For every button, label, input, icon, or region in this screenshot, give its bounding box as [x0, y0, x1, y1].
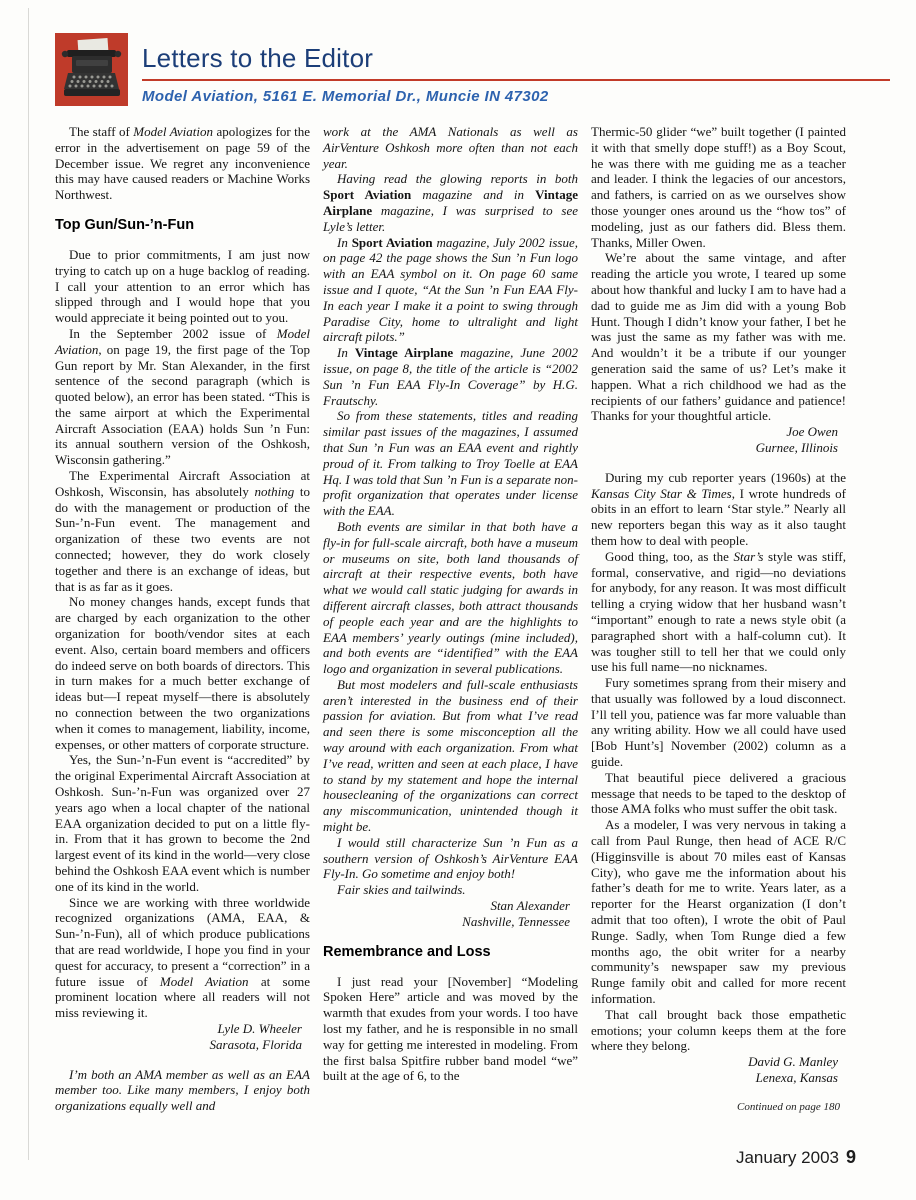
paragraph: We’re about the same vintage, and after … [591, 250, 846, 424]
issue-date: January 2003 [736, 1148, 839, 1167]
page-footer: January 20039 [736, 1147, 856, 1168]
paragraph: Both events are similar in that both hav… [323, 519, 578, 677]
paragraph: But most modelers and full-scale enthusi… [323, 677, 578, 835]
paragraph: In Vintage Airplane magazine, June 2002 … [323, 345, 578, 408]
paragraph: Due to prior commitments, I am just now … [55, 247, 310, 326]
signature-line: David G. Manley [591, 1054, 838, 1070]
page-title: Letters to the Editor [142, 45, 890, 72]
signature-line: Joe Owen [591, 424, 838, 440]
paragraph: I just read your [November] “Modeling Sp… [323, 974, 578, 1085]
section-heading: Top Gun/Sun-’n-Fun [55, 218, 310, 234]
letters-body: The staff of Model Aviation apologizes f… [55, 124, 846, 1114]
paragraph: In the September 2002 issue of Model Avi… [55, 326, 310, 468]
paragraph: work at the AMA Nationals as well as Air… [323, 124, 578, 171]
page-number: 9 [846, 1147, 856, 1167]
page-header: Letters to the Editor Model Aviation, 51… [55, 33, 890, 106]
continued-note: Continued on page 180 [591, 1100, 846, 1114]
paragraph: Yes, the Sun-’n-Fun event is “accredited… [55, 752, 310, 894]
paragraph: Having read the glowing reports in both … [323, 171, 578, 234]
paragraph: Thermic-50 glider “we” built together (I… [591, 124, 846, 250]
column-1: The staff of Model Aviation apologizes f… [55, 124, 310, 1114]
paragraph: As a modeler, I was very nervous in taki… [591, 817, 846, 1007]
letter-signature: David G. ManleyLenexa, Kansas [591, 1054, 846, 1086]
paragraph: During my cub reporter years (1960s) at … [591, 470, 846, 549]
header-text-block: Letters to the Editor Model Aviation, 51… [142, 33, 890, 106]
letter-signature: Joe OwenGurnee, Illinois [591, 424, 846, 456]
column-3: Thermic-50 glider “we” built together (I… [591, 124, 846, 1114]
paragraph: The staff of Model Aviation apologizes f… [55, 124, 310, 203]
paragraph: Good thing, too, as the Star’s style was… [591, 549, 846, 675]
header-rule [142, 79, 890, 81]
signature-line: Lenexa, Kansas [591, 1070, 838, 1086]
signature-line: Sarasota, Florida [55, 1037, 302, 1053]
letter-signature: Lyle D. WheelerSarasota, Florida [55, 1021, 310, 1053]
signature-line: Stan Alexander [323, 898, 570, 914]
paragraph: I’m both an AMA member as well as an EAA… [55, 1067, 310, 1114]
section-heading: Remembrance and Loss [323, 945, 578, 961]
paragraph: That call brought back those empathetic … [591, 1007, 846, 1054]
paragraph: The Experimental Aircraft Association at… [55, 468, 310, 594]
paragraph: Fair skies and tailwinds. [323, 882, 578, 898]
signature-line: Gurnee, Illinois [591, 440, 838, 456]
paragraph: No money changes hands, except funds tha… [55, 594, 310, 752]
magazine-page: Letters to the Editor Model Aviation, 51… [0, 0, 916, 1200]
page-edge-line [28, 8, 29, 1160]
signature-line: Nashville, Tennessee [323, 914, 570, 930]
paragraph: I would still characterize Sun ’n Fun as… [323, 835, 578, 882]
paragraph: In Sport Aviation magazine, July 2002 is… [323, 235, 578, 346]
column-2: work at the AMA Nationals as well as Air… [323, 124, 578, 1114]
typewriter-icon [55, 33, 128, 106]
magazine-address: Model Aviation, 5161 E. Memorial Dr., Mu… [142, 88, 890, 105]
signature-line: Lyle D. Wheeler [55, 1021, 302, 1037]
paragraph: So from these statements, titles and rea… [323, 408, 578, 519]
letter-signature: Stan AlexanderNashville, Tennessee [323, 898, 578, 930]
paragraph: Since we are working with three worldwid… [55, 895, 310, 1021]
paragraph: Fury sometimes sprang from their misery … [591, 675, 846, 770]
paragraph: That beautiful piece delivered a graciou… [591, 770, 846, 817]
